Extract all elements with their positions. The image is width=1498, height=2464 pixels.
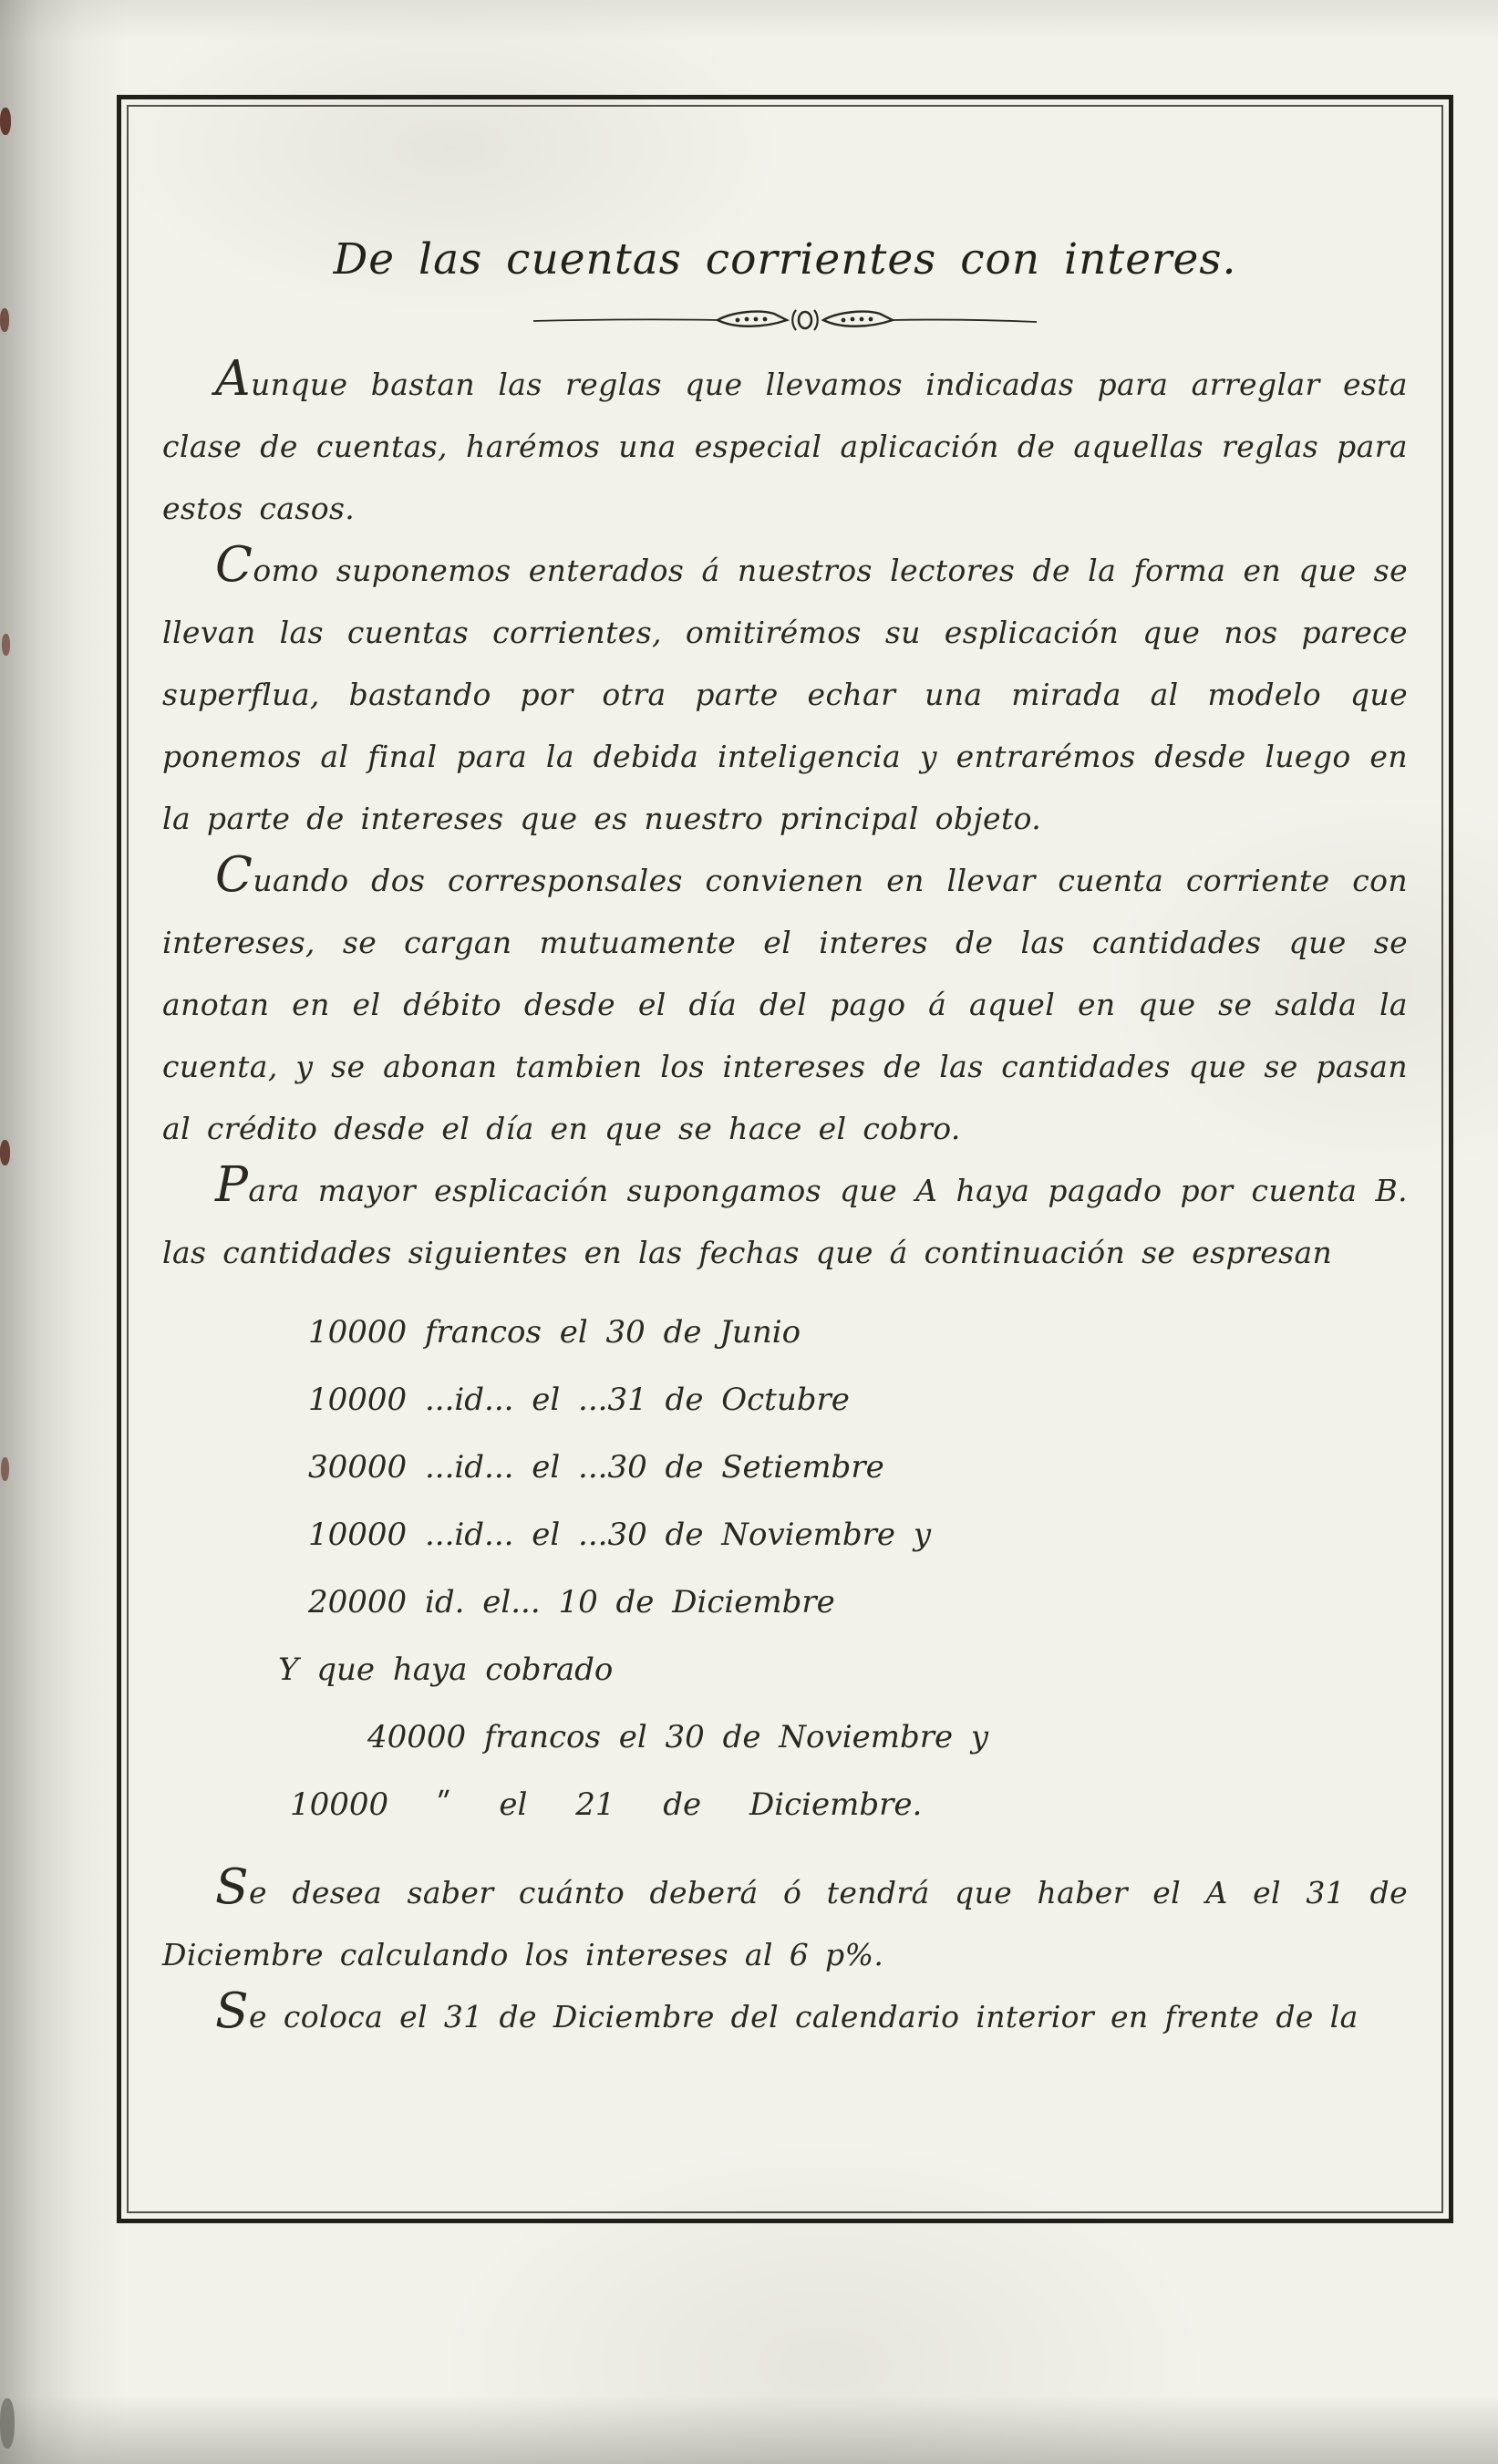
- amounts-collected-list: 40000 francos el 30 de Noviembre y 10000…: [367, 1703, 1408, 1838]
- amount-line: 10000 ʺ el 21 de Diciembre.: [290, 1771, 1408, 1838]
- scan-artifact: [0, 108, 11, 135]
- closing-text: Se desea saber cuánto deberá ó tendrá qu…: [162, 1862, 1408, 2048]
- manuscript-page: De las cuentas corrientes con interes.: [0, 0, 1498, 2464]
- paragraph-4: Para mayor esplicación supongamos que A …: [162, 1160, 1408, 1284]
- body-text: Aunque bastan las reglas que llevamos in…: [162, 354, 1408, 1284]
- amount-line: 20000 id. el... 10 de Diciembre: [308, 1568, 1408, 1636]
- manuscript-content: De las cuentas corrientes con interes.: [162, 99, 1408, 2048]
- scan-artifact: [2, 634, 10, 656]
- amount-line: 30000 ...id... el ...30 de Setiembre: [308, 1434, 1408, 1501]
- scan-artifact: [0, 308, 9, 332]
- closing-paragraph-2: Se coloca el 31 de Diciembre del calenda…: [162, 1986, 1408, 2048]
- amount-line: 10000 ...id... el ...31 de Octubre: [308, 1366, 1408, 1434]
- scan-artifact: [1, 1457, 9, 1481]
- collected-heading: Y que haya cobrado: [278, 1636, 1408, 1703]
- closing-paragraph-1: Se desea saber cuánto deberá ó tendrá qu…: [162, 1862, 1408, 1986]
- title-flourish-ornament: [162, 301, 1408, 339]
- lens-flourish-icon: [530, 301, 1040, 339]
- page-title: De las cuentas corrientes con interes.: [162, 234, 1408, 285]
- amounts-paid-list: 10000 francos el 30 de Junio 10000 ...id…: [308, 1299, 1408, 1636]
- paragraph-2: Como suponemos enterados á nuestros lect…: [162, 540, 1408, 850]
- paragraph-1: Aunque bastan las reglas que llevamos in…: [162, 354, 1408, 540]
- page-border-frame: De las cuentas corrientes con interes.: [117, 95, 1453, 2223]
- amount-line: 10000 ...id... el ...30 de Noviembre y: [308, 1501, 1408, 1568]
- scan-artifact: [0, 1140, 10, 1165]
- amount-line: 10000 francos el 30 de Junio: [308, 1299, 1408, 1366]
- amount-line: 40000 francos el 30 de Noviembre y: [367, 1703, 1408, 1771]
- paragraph-3: Cuando dos corresponsales convienen en l…: [162, 850, 1408, 1160]
- scan-artifact: [0, 2398, 15, 2448]
